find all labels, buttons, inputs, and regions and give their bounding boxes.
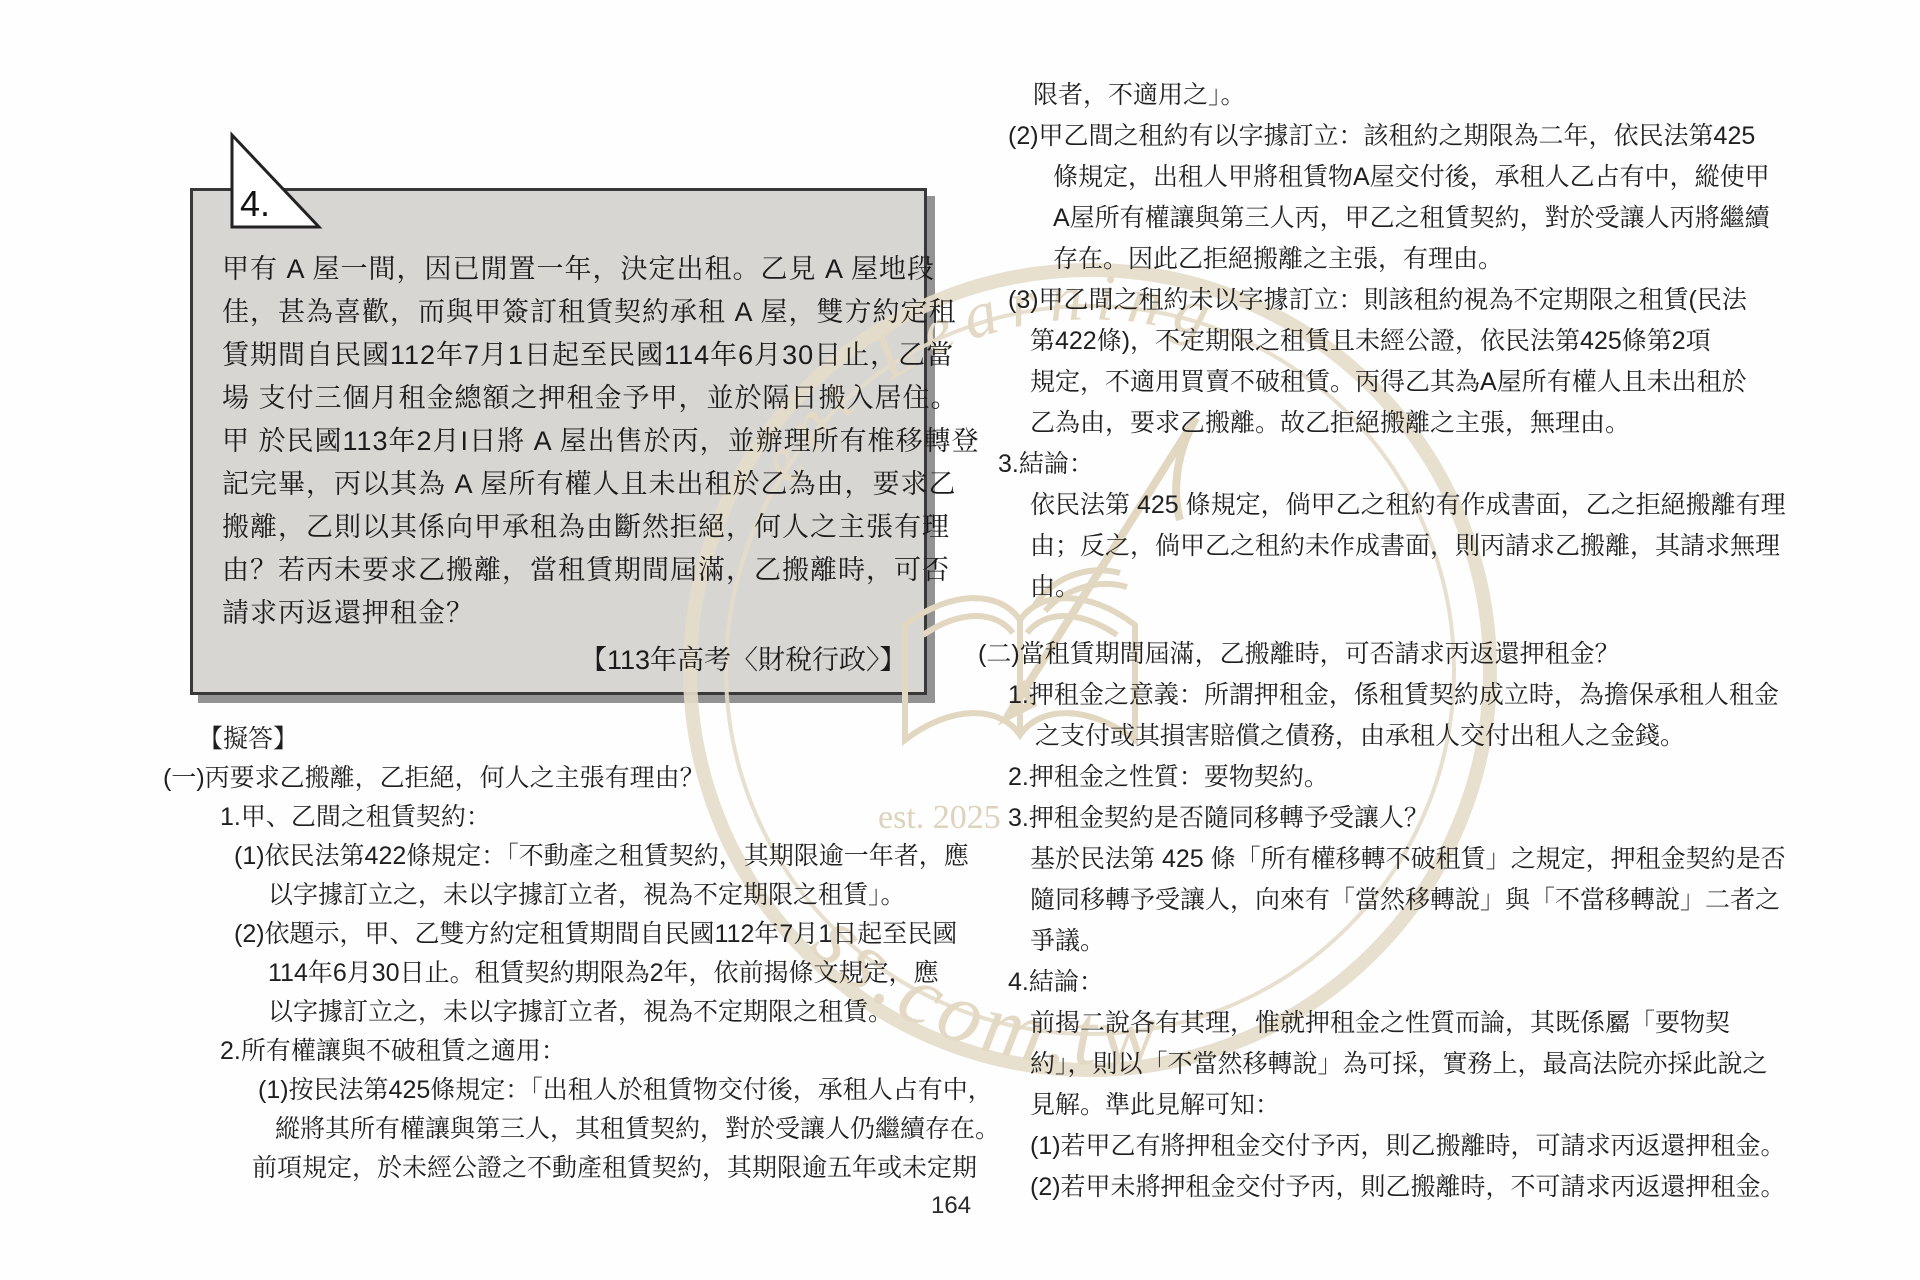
answer-line: 爭議。 (1030, 929, 1105, 954)
answer-line: 1.押租金之意義：所謂押租金，係租賃契約成立時，為擔保承租人租金 (1008, 683, 1779, 708)
answer-line: 3.結論： (998, 452, 1094, 477)
answer-line: 依民法第 425 條規定，倘甲乙之租約有作成書面，乙之拒絕搬離有理 (1030, 493, 1786, 518)
answer-line: 由；反之，倘甲乙之租約未作成書面，則丙請求乙搬離，其請求無理 (1030, 534, 1780, 559)
answer-line: 114年6月30日止。租賃契約期限為2年，依前揭條文規定，應 (268, 961, 938, 986)
question-line: 請求丙返還押租金？ (222, 600, 474, 627)
question-line: 甲 於民國113年2月I日將 A 屋出售於丙，並辦理所有椎移轉登 (222, 428, 980, 455)
answer-line: (3)甲乙間之租約未以字據訂立：則該租約視為不定期限之租賃(民法 (1008, 288, 1747, 313)
question-line: 佳，甚為喜歡，而與甲簽訂租賃契約承租 A 屋，雙方約定租 (222, 299, 957, 326)
answer-line: 前揭二說各有其理，惟就押租金之性質而論，其既係屬「要物契 (1030, 1011, 1730, 1036)
answer-line: 4.結論： (1008, 970, 1104, 995)
answer-line: 縱將其所有權讓與第三人，其租賃契約，對於受讓人仍繼續存在。 (275, 1117, 1000, 1142)
answer-line: 以字據訂立之，未以字據訂立者，視為不定期限之租賃」。 (268, 883, 906, 908)
answer-line: (1)依民法第422條規定：「不動產之租賃契約，其期限逾一年者，應 (234, 844, 969, 869)
answer-line: (一)丙要求乙搬離，乙拒絕，何人之主張有理由？ (163, 766, 705, 791)
answer-line: 2.所有權讓與不破租賃之適用： (220, 1039, 566, 1064)
answer-line: 隨同移轉予受讓人，向來有「當然移轉說」與「不當移轉說」二者之 (1030, 888, 1780, 913)
answer-line: 條規定，出租人甲將租賃物A屋交付後，承租人乙占有中，縱使甲 (1053, 165, 1770, 190)
answer-line: 2.押租金之性質：要物契約。 (1008, 765, 1329, 790)
answer-line: 限者，不適用之」。 (1033, 83, 1246, 108)
answer-line: 約」，則以「不當然移轉說」為可採，實務上，最高法院亦採此說之 (1030, 1052, 1768, 1077)
question-line: 賃期間自民國112年7月1日起至民國114年6月30日止，乙當 (222, 342, 954, 369)
question-line: 甲有 A 屋一間，因已閒置一年，決定出租。乙見 A 屋地段 (222, 256, 935, 283)
answer-line: 存在。因此乙拒絕搬離之主張，有理由。 (1053, 247, 1503, 272)
answer-line: A屋所有權讓與第三人丙，甲乙之租賃契約，對於受讓人丙將繼續 (1053, 206, 1770, 231)
question-line: 搬離，乙則以其係向甲承租為由斷然拒絕，何人之主張有理 (222, 514, 950, 541)
question-number-flag: 4. (200, 118, 335, 243)
answer-heading: 【擬答】 (198, 727, 298, 752)
answer-line: 規定，不適用買賣不破租賃。丙得乙其為A屋所有權人且未出租於 (1030, 370, 1747, 395)
answer-line: (1)按民法第425條規定：「出租人於租賃物交付後，承租人占有中， (258, 1078, 993, 1103)
answer-line: 見解。準此見解可知： (1030, 1093, 1280, 1118)
answer-line: 乙為由，要求乙搬離。故乙拒絕搬離之主張，無理由。 (1030, 411, 1630, 436)
answer-line: 之支付或其損害賠償之債務，由承租人交付出租人之金錢。 (1035, 724, 1685, 749)
question-number-label: 4. (240, 183, 270, 224)
answer-line: (2)若甲未將押租金交付予丙，則乙搬離時，不可請求丙返還押租金。 (1030, 1175, 1786, 1200)
answer-line: 1.甲、乙間之租賃契約： (220, 805, 491, 830)
answer-line: 基於民法第 425 條「所有權移轉不破租賃」之規定，押租金契約是否 (1030, 847, 1786, 872)
answer-line: 由。 (1030, 575, 1080, 600)
exam-citation: 【113年高考〈財稅行政〉】 (580, 647, 907, 674)
page-number: 164 (931, 1192, 971, 1220)
answer-line: 3.押租金契約是否隨同移轉予受讓人？ (1008, 806, 1429, 831)
answer-line: 前項規定，於未經公證之不動產租賃契約，其期限逾五年或未定期 (252, 1156, 977, 1181)
question-line: 由？若丙未要求乙搬離，當租賃期間屆滿，乙搬離時，可否 (222, 557, 950, 584)
answer-line: (1)若甲乙有將押租金交付予丙，則乙搬離時，可請求丙返還押租金。 (1030, 1134, 1786, 1159)
answer-line: 以字據訂立之，未以字據訂立者，視為不定期限之租賃。 (268, 1000, 893, 1025)
answer-line: 第422條)，不定期限之租賃且未經公證，依民法第425條第2項 (1030, 329, 1711, 354)
answer-line: (2)依題示，甲、乙雙方約定租賃期間自民國112年7月1日起至民國 (234, 922, 957, 947)
answer-line: (2)甲乙間之租約有以字據訂立：該租約之期限為二年，依民法第425 (1008, 124, 1755, 149)
question-line: 場 支付三個月租金總額之押租金予甲，並於隔日搬入居住。 (222, 385, 959, 412)
watermark-est-label: est. 2025 (878, 799, 1001, 836)
question-line: 記完畢，丙以其為 A 屋所有權人且未出租於乙為由，要求乙 (222, 471, 957, 498)
answer-line: (二)當租賃期間屆滿，乙搬離時，可否請求丙返還押租金？ (978, 642, 1620, 667)
